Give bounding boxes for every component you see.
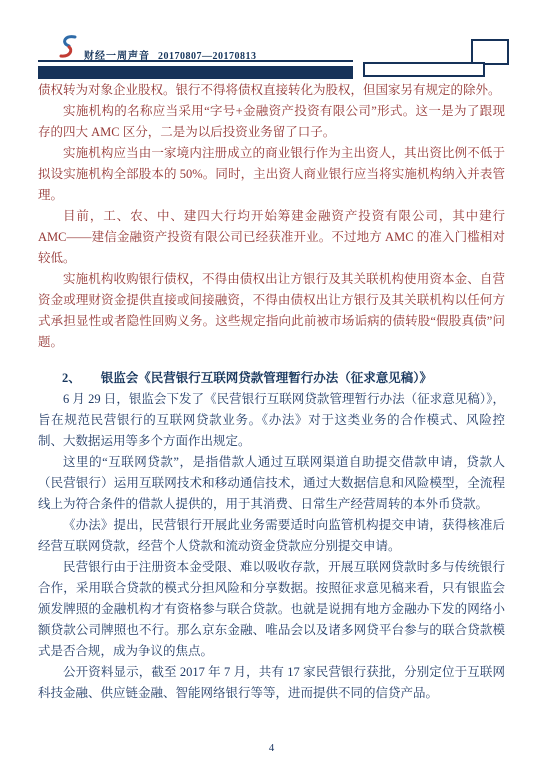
paragraph-8: 《办法》提出，民营银行开展此业务需要适时向监管机构提交申请，获得核准后经营互联网… xyxy=(38,515,505,557)
document-body: 债权转为对象企业股权。银行不得将债权直接转化为股权，但国家另有规定的除外。 实施… xyxy=(38,80,505,704)
swoosh-s-logo-icon xyxy=(55,34,79,60)
header-navy-bar xyxy=(38,66,353,79)
paragraph-6: 6 月 29 日，银监会下发了《民营银行互联网贷款管理暂行办法（征求意见稿）》，… xyxy=(38,389,505,452)
section-2-title: 银监会《民营银行互联网贷款管理暂行办法（征求意见稿）》 xyxy=(101,371,432,385)
paragraph-5: 实施机构收购银行债权，不得由债权出让方银行及其关联机构使用资本金、自营资金或理财… xyxy=(38,269,505,353)
page-number: 4 xyxy=(0,742,543,754)
paragraph-1: 债权转为对象企业股权。银行不得将债权直接转化为股权，但国家另有规定的除外。 xyxy=(38,80,505,101)
section-2-number: 2、 xyxy=(62,371,81,385)
paragraph-4: 目前，工、农、中、建四大行均开始筹建金融资产投资有限公司，其中建行 AMC——建… xyxy=(38,206,505,269)
paragraph-10: 公开资料显示，截至 2017 年 7 月，共有 17 家民营银行获批，分别定位于… xyxy=(38,662,505,704)
document-page: 财经一周声音20170807—20170813 债权转为对象企业股权。银行不得将… xyxy=(0,0,543,768)
paragraph-9: 民营银行由于注册资本金受限、难以吸收存款，开展互联网贷款时多与传统银行合作，采用… xyxy=(38,557,505,662)
header-deco-box-bottom xyxy=(363,62,485,77)
paragraph-2: 实施机构的名称应当采用“字号+金融资产投资有限公司”形式。这一是为了跟现存的四大… xyxy=(38,101,505,143)
paragraph-7: 这里的“互联网贷款”，是指借款人通过互联网渠道自助提交借款申请，贷款人（民营银行… xyxy=(38,452,505,515)
paragraph-3: 实施机构应当由一家境内注册成立的商业银行作为主出资人，其出资比例不低于拟设实施机… xyxy=(38,143,505,206)
header-rule xyxy=(38,60,353,62)
section-2-heading: 2、银监会《民营银行互联网贷款管理暂行办法（征求意见稿）》 xyxy=(38,368,505,389)
